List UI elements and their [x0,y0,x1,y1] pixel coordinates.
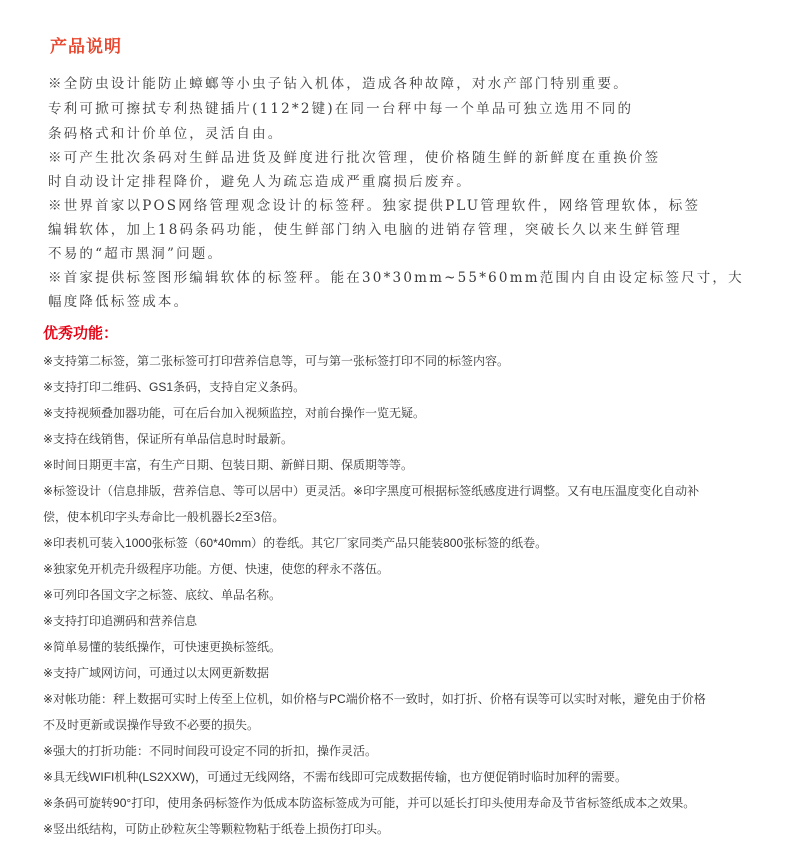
feature-line: 不及时更新或误操作导致不必要的损失。 [43,716,259,733]
feature-line: ※条码可旋转90°打印，使用条码标签作为低成本防盗标签成为可能，并可以延长打印头… [43,794,695,811]
feature-line: ※支持视频叠加器功能，可在后台加入视频监控，对前台操作一览无疑。 [43,404,425,421]
feature-line: ※时间日期更丰富，有生产日期、包装日期、新鲜日期、保质期等等。 [43,456,413,473]
feature-line: ※强大的打折功能：不同时间段可设定不同的折扣，操作灵活。 [43,742,377,759]
feature-line: ※标签设计（信息排版，营养信息、等可以居中）更灵活。※印字黑度可根据标签纸感度进… [43,482,699,499]
description-line: 时自动设计定排程降价，避免人为疏忘造成严重腐损后废弃。 [48,170,768,190]
feature-line: ※独家免开机壳升级程序功能。方便、快速，使您的秤永不落伍。 [43,560,389,577]
description-line: 专利可掀可擦拭专利热键插片(112*2键)在同一台秤中每一个单品可独立选用不同的 [48,97,768,117]
feature-line: ※对帐功能：秤上数据可实时上传至上位机，如价格与PC端价格不一致时，如打折、价格… [43,690,706,707]
feature-line: ※支持打印二维码、GS1条码，支持自定义条码。 [43,378,305,395]
feature-line: ※支持打印追溯码和营养信息 [43,612,197,629]
feature-line: ※支持在线销售，保证所有单品信息时时最新。 [43,430,293,447]
features-title: 优秀功能： [43,322,118,343]
feature-line: ※支持第二标签，第二张标签可打印营养信息等，可与第一张标签打印不同的标签内容。 [43,352,509,369]
description-line: ※首家提供标签图形编辑软体的标签秤。能在30*30mm~55*60mm范围内自由… [48,266,768,286]
feature-line: ※印表机可装入1000张标签（60*40mm）的卷纸。其它厂家同类产品只能装80… [43,534,547,551]
feature-line: ※可列印各国文字之标签、底纹、单品名称。 [43,586,281,603]
feature-line: ※具无线WIFI机种(LS2XXW)，可通过无线网络，不需布线即可完成数据传输，… [43,768,627,785]
description-line: 条码格式和计价单位，灵活自由。 [48,122,768,142]
description-line: 幅度降低标签成本。 [48,290,768,310]
feature-line: ※支持广域网访问，可通过以太网更新数据 [43,664,269,681]
feature-line: ※竖出纸结构，可防止砂粒灰尘等颗粒物粘于纸卷上损伤打印头。 [43,820,389,837]
feature-line: 偿，使本机印字头寿命比一般机器长2至3倍。 [43,508,284,525]
description-line: ※可产生批次条码对生鲜品进货及鲜度进行批次管理，使价格随生鲜的新鲜度在重换价签 [48,146,768,166]
description-line: 不易的“超市黑洞”问题。 [48,242,768,262]
description-line: 编辑软体，加上18码条码功能，使生鲜部门纳入电脑的进销存管理，突破长久以来生鲜管… [48,218,768,238]
product-description-title: 产品说明 [50,32,122,57]
description-line: ※世界首家以POS网络管理观念设计的标签秤。独家提供PLU管理软件，网络管理软体… [48,194,768,214]
description-line: ※全防虫设计能防止蟑螂等小虫子钻入机体，造成各种故障，对水产部门特别重要。 [48,72,768,92]
feature-line: ※简单易懂的装纸操作，可快速更换标签纸。 [43,638,281,655]
